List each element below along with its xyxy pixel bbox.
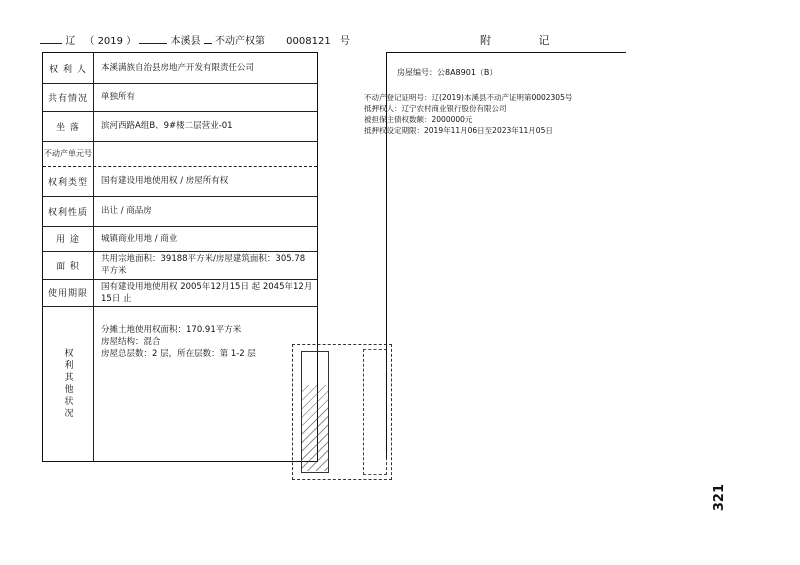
page-number: 321 — [712, 484, 727, 511]
row-label: 权利性质 — [43, 196, 94, 226]
notes-content: 不动产登记证明号：辽(2019)本溪县不动产证明第0002305号 抵押权人：辽… — [364, 92, 572, 136]
other-status-line: 分摊土地使用权面积：170.91平方米 — [101, 324, 241, 336]
row-value: 国有建设用地使用权 2005年12月15日 起 2045年12月15日 止 — [101, 279, 313, 306]
row-value: 城镇商业用地 / 商业 — [101, 226, 313, 251]
other-status-line: 房屋结构：混合 — [101, 336, 161, 348]
cert-type: 不动产权第 — [215, 36, 265, 47]
house-number: 房屋编号：公8A8901（B） — [397, 67, 497, 78]
row-label: 使用期限 — [43, 279, 94, 306]
row-label: 权 利 人 — [43, 53, 94, 83]
note-line: 不动产登记证明号：辽(2019)本溪县不动产证明第0002305号 — [364, 92, 572, 103]
other-status-line: 房屋总层数：2 层，所在层数：第 1-2 层 — [101, 348, 256, 360]
notes-title: 附 记 — [480, 32, 572, 48]
seal-stamp — [292, 344, 392, 480]
note-line: 抵押权人：辽宁农村商业银行股份有限公司 — [364, 103, 572, 114]
table-row: 权利类型 国有建设用地使用权 / 房屋所有权 — [43, 166, 317, 197]
row-value: 滨河西路A组B、9#楼二层营业-01 — [101, 111, 313, 141]
row-label: 权利其他状况 — [43, 306, 94, 461]
table-row: 共有情况 单独所有 — [43, 83, 317, 112]
rights-table: 权 利 人 本溪满族自治县房地产开发有限责任公司 共有情况 单独所有 坐 落 滨… — [42, 52, 318, 462]
table-row: 面 积 共用宗地面积：39188平方米/房屋建筑面积：305.78平方米 — [43, 251, 317, 280]
county-name: 本溪县 — [171, 36, 201, 47]
row-value: 单独所有 — [101, 83, 313, 111]
other-status-value: 分摊土地使用权面积：170.91平方米 房屋结构：混合 房屋总层数：2 层，所在… — [101, 306, 313, 461]
row-label: 权利类型 — [43, 166, 94, 196]
table-row: 使用期限 国有建设用地使用权 2005年12月15日 起 2045年12月15日… — [43, 279, 317, 307]
table-row: 用 途 城镇商业用地 / 商业 — [43, 226, 317, 252]
row-value — [101, 141, 313, 166]
table-row: 权利其他状况 分摊土地使用权面积：170.91平方米 房屋结构：混合 房屋总层数… — [43, 306, 317, 461]
cert-year: 2019 — [98, 36, 123, 47]
table-row: 坐 落 滨河西路A组B、9#楼二层营业-01 — [43, 111, 317, 142]
cert-suffix: 号 — [340, 36, 350, 47]
certificate-header: 辽 （ 2019 ） 本溪县 不动产权第 0008121 号 — [40, 32, 350, 47]
row-label: 面 积 — [43, 251, 94, 279]
signature-mark — [301, 385, 329, 471]
row-label: 用 途 — [43, 226, 94, 251]
row-value: 共用宗地面积：39188平方米/房屋建筑面积：305.78平方米 — [101, 251, 313, 279]
table-row: 权利性质 出让 / 商品房 — [43, 196, 317, 227]
table-row: 不动产单元号 — [43, 141, 317, 167]
note-line: 抵押权设定期限：2019年11月06日至2023年11月05日 — [364, 125, 572, 136]
table-row: 权 利 人 本溪满族自治县房地产开发有限责任公司 — [43, 53, 317, 84]
note-line: 被担保主债权数额：2000000元 — [364, 114, 572, 125]
stamp-column — [363, 349, 387, 475]
cert-number: 0008121 — [286, 36, 331, 47]
row-value: 国有建设用地使用权 / 房屋所有权 — [101, 166, 313, 196]
row-label: 不动产单元号 — [43, 141, 94, 166]
row-label: 共有情况 — [43, 83, 94, 111]
row-value: 本溪满族自治县房地产开发有限责任公司 — [101, 53, 313, 83]
row-value: 出让 / 商品房 — [101, 196, 313, 226]
province-abbr: 辽 — [65, 36, 75, 47]
row-label: 坐 落 — [43, 111, 94, 141]
